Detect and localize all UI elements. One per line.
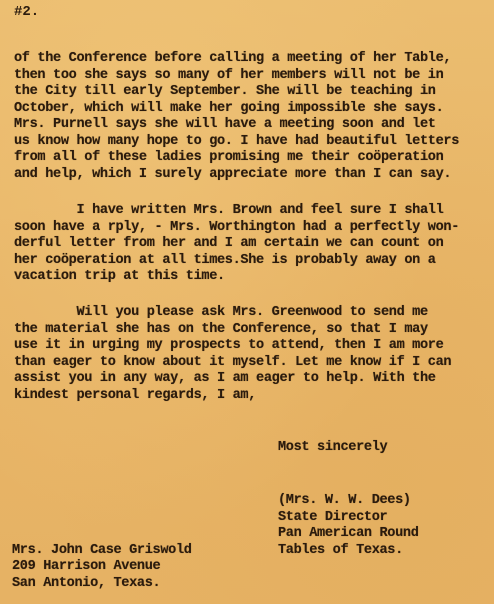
text-line: than eager to know about it myself. Let …	[14, 355, 451, 371]
signature-org: Pan American Round	[278, 526, 419, 542]
page-number: #2.	[14, 4, 39, 20]
text-line: and help, which I surely appreciate more…	[14, 167, 451, 183]
text-line: assist you in any way, as I am eager to …	[14, 371, 436, 387]
text-line: the City till early September. She will …	[14, 84, 436, 100]
text-line: kindest personal regards, I am,	[14, 388, 256, 404]
signature-org: Tables of Texas.	[278, 543, 403, 559]
recipient-name: Mrs. John Case Griswold	[12, 543, 192, 559]
text-line: of the Conference before calling a meeti…	[14, 51, 451, 67]
text-line: I have written Mrs. Brown and feel sure …	[14, 203, 443, 219]
signature-title: State Director	[278, 510, 387, 526]
signature-name: (Mrs. W. W. Dees)	[278, 493, 411, 509]
text-line: then too she says so many of her members…	[14, 68, 443, 84]
text-line: use it in urging my prospects to attend,…	[14, 338, 443, 354]
closing: Most sincerely	[278, 440, 387, 456]
text-line: her coöperation at all times.She is prob…	[14, 253, 436, 269]
text-line: derful letter from her and I am certain …	[14, 236, 443, 252]
text-line: the material she has on the Conference, …	[14, 322, 428, 338]
text-line: October, which will make her going impos…	[14, 101, 443, 117]
text-line: Will you please ask Mrs. Greenwood to se…	[14, 305, 428, 321]
text-line: Mrs. Purnell says she will have a meetin…	[14, 117, 436, 133]
text-line: vacation trip at this time.	[14, 269, 225, 285]
text-line: us know how many hope to go. I have had …	[14, 134, 459, 150]
recipient-street: 209 Harrison Avenue	[12, 559, 160, 575]
letter-page: #2. of the Conference before calling a m…	[0, 0, 494, 604]
recipient-city: San Antonio, Texas.	[12, 576, 160, 592]
text-line: from all of these ladies promising me th…	[14, 150, 443, 166]
text-line: soon have a rply, - Mrs. Worthington had…	[14, 220, 459, 236]
